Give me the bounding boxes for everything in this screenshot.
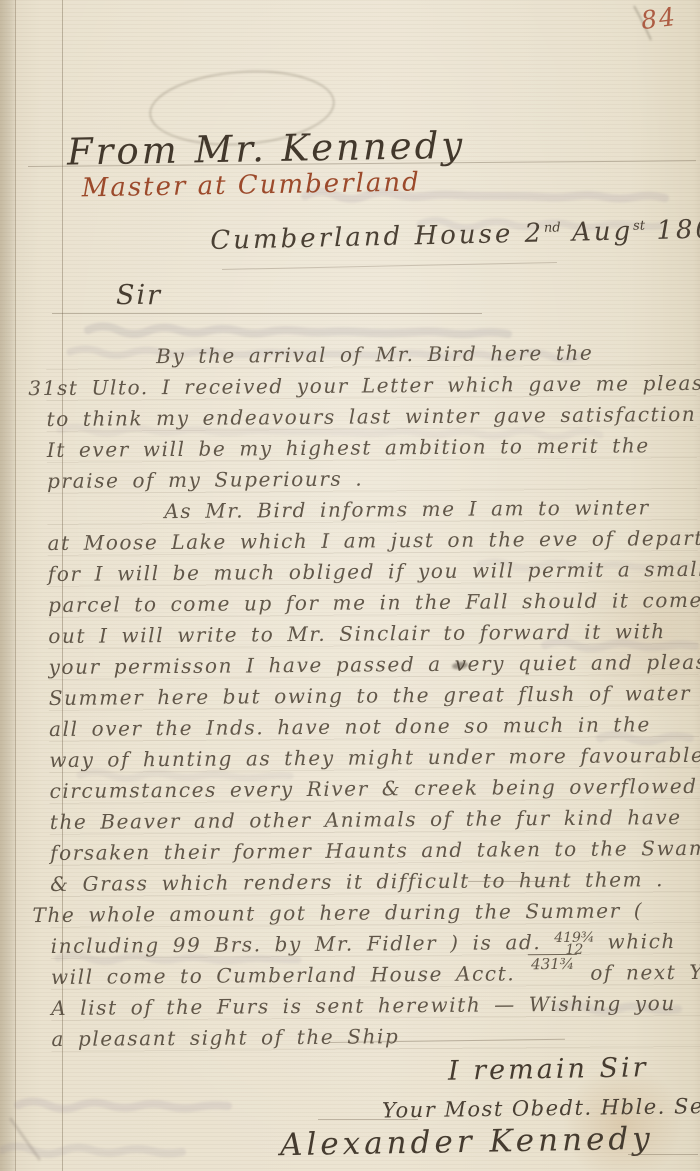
amount-text-pre: will come to Cumberland House Acct. [51, 961, 528, 989]
amount-text-post: of next Year [577, 960, 700, 985]
dateline-year: 1806 [656, 214, 700, 246]
dateline-month: Aug [572, 216, 634, 247]
amount-text-pre: including 99 Brs. by Mr. Fidler ) is ad. [51, 930, 555, 958]
closing-valediction: Your Most Obedt. Hble. Servt. [382, 1093, 700, 1122]
letter-line: praise of my Superiours . [47, 461, 697, 497]
dateline-day-suffix: nd [544, 220, 561, 235]
letter-line: your permisson I have passed a very quie… [48, 647, 698, 683]
binding-edge [0, 0, 16, 1171]
rule-line [52, 313, 482, 314]
dateline-month-suffix: st [633, 218, 645, 233]
letter-line: out I will write to Mr. Sinclair to forw… [48, 616, 698, 652]
letter-line: It ever will be my highest ambition to m… [47, 430, 697, 466]
letter-line: circumstances every River & creek being … [49, 771, 699, 807]
letter-line-amount: including 99 Brs. by Mr. Fidler ) is ad.… [51, 926, 700, 962]
heading-from: From Mr. Kennedy [67, 124, 466, 174]
rule-line [468, 881, 563, 882]
signature: Alexander Kennedy [280, 1121, 654, 1164]
letter-line: Summer here but owing to the great flush… [49, 678, 699, 714]
letter-line: all over the Inds. have not done so much… [49, 709, 699, 745]
letter-line: a pleasant sight of the Ship [51, 1019, 700, 1055]
rule-line [222, 262, 557, 270]
letter-line: & Grass which renders it difficult to hu… [50, 864, 700, 900]
closing-remain: I remain Sir [448, 1052, 649, 1086]
letter-line: By the arrival of Mr. Bird here the [46, 337, 696, 373]
salutation: Sir [116, 280, 162, 311]
rule-line [628, 1154, 698, 1155]
letter-body: By the arrival of Mr. Bird here the 31st… [46, 337, 700, 1055]
amount-text-post: which [594, 929, 676, 954]
folio-number: 84 [639, 2, 678, 35]
letter-line: way of hunting as they might under more … [49, 740, 699, 776]
letter-line: for I will be much obliged if you will p… [48, 554, 698, 590]
addition-stack: 419¾12 [554, 932, 594, 956]
amount-sum: 431¾ [528, 954, 577, 973]
letter-line: forsaken their former Haunts and taken t… [50, 833, 700, 869]
manuscript-letter-page: 84 From Mr. Kennedy Master at Cumberland… [0, 0, 700, 1171]
heading-annotation-red-ink: Master at Cumberland [81, 167, 421, 203]
dateline-place: Cumberland House [210, 219, 514, 256]
letter-line: A list of the Furs is sent herewith — Wi… [51, 988, 700, 1024]
letter-line: As Mr. Bird informs me I am to winter [47, 492, 697, 528]
letter-line: the Beaver and other Animals of the fur … [50, 802, 700, 838]
letter-line-amount: will come to Cumberland House Acct. 431¾… [51, 957, 700, 993]
letter-line: parcel to come up for me in the Fall sho… [48, 585, 698, 621]
dateline-day: 2 [524, 218, 544, 248]
dateline: Cumberland House 2nd Augst 1806 [210, 214, 700, 256]
letter-line: to think my endeavours last winter gave … [46, 399, 696, 435]
letter-line: at Moose Lake which I am just on the eve… [47, 523, 697, 559]
